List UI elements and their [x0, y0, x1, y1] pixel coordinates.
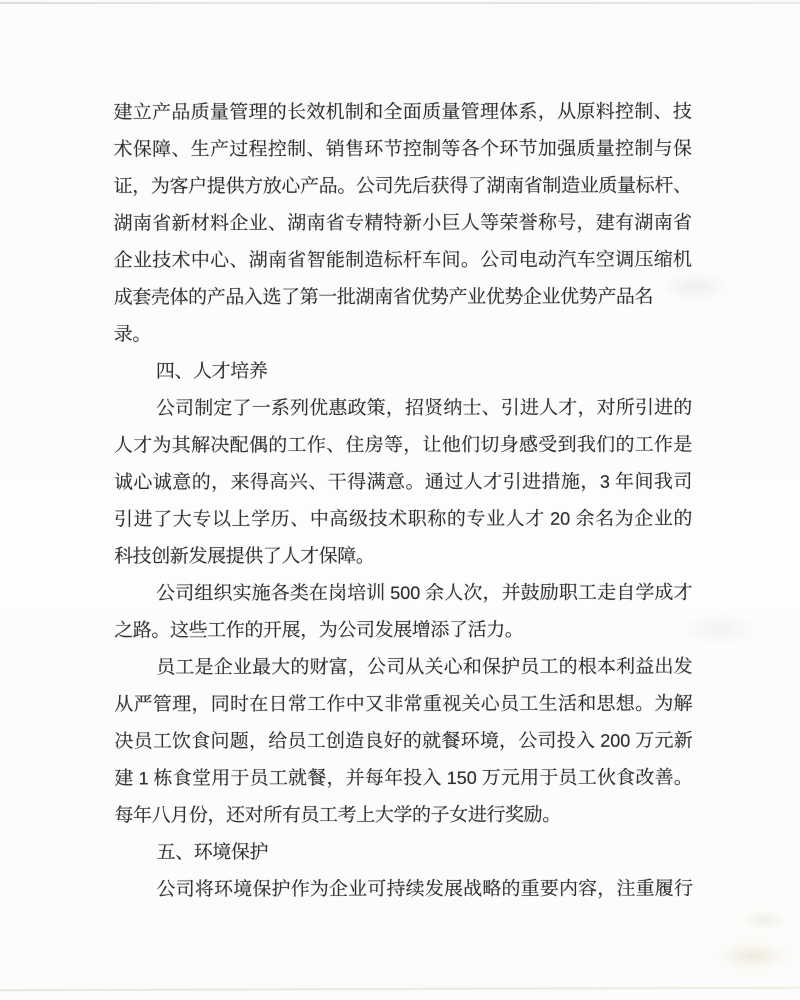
body-text-line: 术保障、生产过程控制、销售环节控制等各个环节加强质量控制与保 [113, 131, 691, 169]
scan-edge-bottom-line [0, 987, 800, 992]
scan-edge-top-line [0, 2, 800, 4]
numeral: 200 [600, 731, 630, 751]
body-text-line: 引进了大专以上学历、中高级技术职称的专业人才 20 余名为企业的 [114, 501, 692, 539]
body-text-line: 证，为客户提供方放心产品。公司先后获得了湖南省制造业质量标杆、 [114, 168, 692, 206]
section-heading-line: 四、人才培养 [114, 353, 692, 391]
scan-smudge [718, 942, 788, 970]
numeral: 3 [600, 472, 610, 492]
scan-smudge [742, 910, 788, 930]
body-text-line: 录。 [114, 316, 692, 354]
numeral: 1 [139, 768, 149, 788]
body-text-line: 成套壳体的产品入选了第一批湖南省优势产业优势企业优势产品名 [114, 279, 692, 317]
numeral: 20 [550, 509, 570, 529]
section-heading-line: 五、环境保护 [114, 834, 692, 872]
numeral: 150 [447, 768, 477, 788]
body-text-line: 科技创新发展提供了人才保障。 [114, 538, 692, 576]
numeral: 500 [390, 583, 420, 603]
body-text-line: 公司组织实施各类在岗培训 500 余人次，并鼓励职工走自学成才 [114, 575, 692, 613]
body-text-line: 从严管理，同时在日常工作中又非常重视关心员工生活和思想。为解 [114, 686, 692, 724]
body-text-line: 员工是企业最大的财富，公司从关心和保护员工的根本利益出发 [114, 649, 692, 687]
body-text-line: 人才为其解决配偶的工作、住房等，让他们切身感受到我们的工作是 [114, 427, 692, 465]
body-text-line: 建 1 栋食堂用于员工就餐，并每年投入 150 万元用于员工伙食改善。 [114, 760, 692, 798]
body-text-line: 之路。这些工作的开展，为公司发展增添了活力。 [114, 612, 692, 650]
body-text-line: 决员工饮食问题，给员工创造良好的就餐环境，公司投入 200 万元新 [114, 723, 692, 761]
body-text-line: 公司将环境保护作为企业可持续发展战略的重要内容，注重履行 [115, 871, 693, 909]
body-text-line: 建立产品质量管理的长效机制和全面质量管理体系，从原料控制、技 [113, 94, 691, 132]
body-text-line: 公司制定了一系列优惠政策，招贤纳士、引进人才，对所引进的 [114, 390, 692, 428]
body-text-line: 企业技术中心、湖南省智能制造标杆车间。公司电动汽车空调压缩机 [114, 242, 692, 280]
document-content: 建立产品质量管理的长效机制和全面质量管理体系，从原料控制、技术保障、生产过程控制… [113, 94, 692, 909]
body-text-line: 湖南省新材料企业、湖南省专精特新小巨人等荣誉称号，建有湖南省 [114, 205, 692, 243]
body-text-line: 每年八月份，还对所有员工考上大学的子女进行奖励。 [114, 797, 692, 835]
body-text-line: 诚心诚意的，来得高兴、干得满意。通过人才引进措施，3 年间我司 [114, 464, 692, 502]
scanned-page: 建立产品质量管理的长效机制和全面质量管理体系，从原料控制、技术保障、生产过程控制… [0, 0, 800, 1000]
